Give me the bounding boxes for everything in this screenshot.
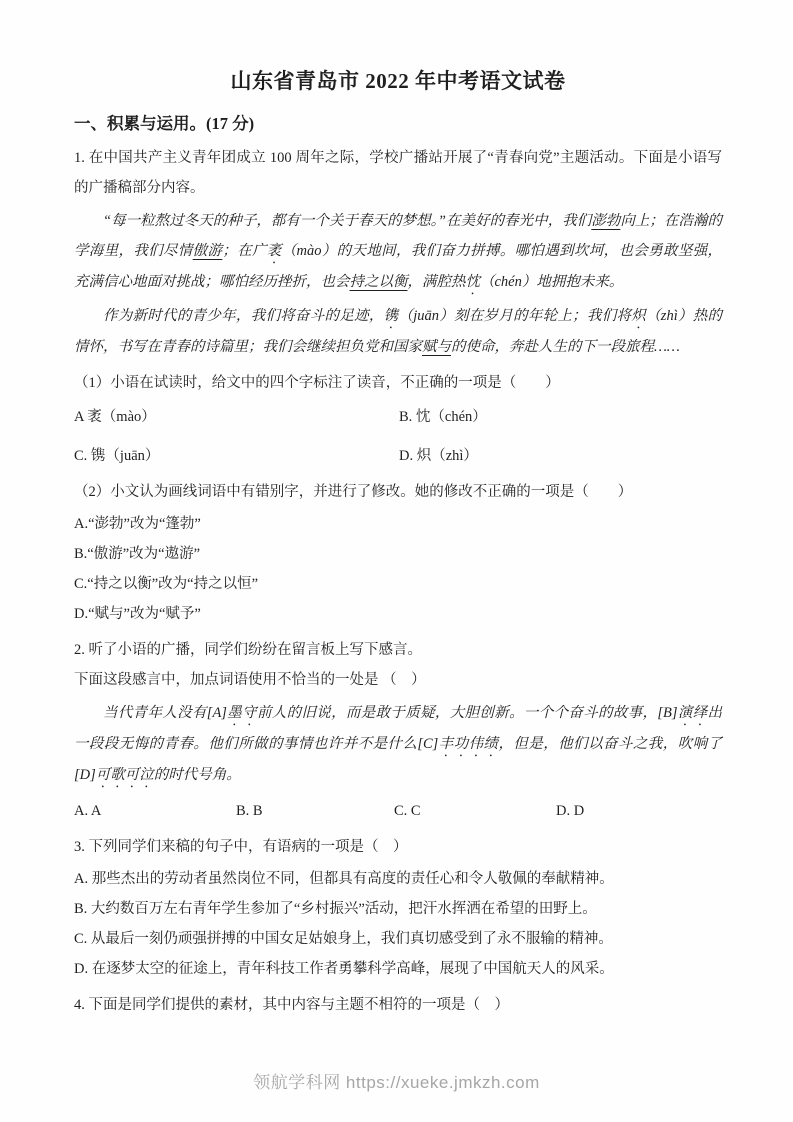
q1-sub2-options: A.“澎勃”改为“篷勃” B.“傲游”改为“遨游” C.“持之以衡”改为“持之以… <box>74 509 722 629</box>
q1-sub1-stem: （1）小语在试读时，给文中的四个字标注了读音，不正确的一项是（ ） <box>74 368 722 398</box>
text-run: （chén）地拥抱未来。 <box>480 274 623 290</box>
q1-intro: 1. 在中国共产主义青年团成立 100 周年之际，学校广播站开展了“青春向党”主… <box>74 143 722 203</box>
option-item: D. 炽（zhì） <box>399 441 722 471</box>
dotted-term: 演绎 <box>678 705 708 721</box>
option-item: C. C <box>394 796 556 826</box>
text-run: ；在广 <box>222 243 267 259</box>
q1-sub2-stem: （2）小文认为画线词语中有错别字，并进行了修改。她的修改不正确的一项是（ ） <box>74 477 722 507</box>
text-run: “每一粒熬过冬天的种子，都有一个关于春天的梦想。”在美好的春光中，我们 <box>103 213 591 229</box>
dotted-term: 袤 <box>267 243 282 259</box>
option-item: D. 在逐梦太空的征途上，青年科技工作者勇攀科学高峰，展现了中国航天人的风采。 <box>74 954 722 984</box>
option-item: B. B <box>236 796 394 826</box>
q3-stem: 3. 下列同学们来稿的句子中，有语病的一项是（ ） <box>74 832 722 862</box>
text-run: 前人的旧说，而是敢于质疑，大胆创新。一个个奋斗的故事，[B] <box>257 705 678 721</box>
option-item: A.“澎勃”改为“篷勃” <box>74 509 722 539</box>
dotted-term: 墨守 <box>227 705 257 721</box>
q2-stem: 下面这段感言中，加点词语使用不恰当的一处是 （ ） <box>74 665 722 695</box>
q4-stem: 4. 下面是同学们提供的素材，其中内容与主题不相符的一项是（ ） <box>74 990 722 1020</box>
underlined-term: 傲游 <box>193 243 223 259</box>
option-item: C.“持之以衡”改为“持之以恒” <box>74 569 722 599</box>
page-content: 山东省青岛市 2022 年中考语文试卷 一、积累与运用。(17 分) 1. 在中… <box>74 66 722 1020</box>
q1-sub1-options: A 袤（mào） B. 忱（chén） C. 镌（juān） D. 炽（zhì） <box>74 402 722 471</box>
exam-paper-page: 山东省青岛市 2022 年中考语文试卷 一、积累与运用。(17 分) 1. 在中… <box>0 0 793 1122</box>
dotted-term: 可歌可泣 <box>96 767 154 783</box>
underlined-term: 赋与 <box>422 339 451 355</box>
text-run: （juān）刻在岁月的年轮上；我们将 <box>398 308 631 324</box>
dotted-term: 忱 <box>466 274 481 290</box>
watermark: 领航学科网 https://xueke.jmkzh.com <box>0 1068 793 1093</box>
option-item: A 袤（mào） <box>74 402 399 432</box>
option-item: A. 那些杰出的劳动者虽然岗位不同，但都具有高度的责任心和令人敬佩的奉献精神。 <box>74 864 722 894</box>
q1-passage-paragraph-2: 作为新时代的青少年，我们将奋斗的足迹，镌（juān）刻在岁月的年轮上；我们将炽（… <box>74 301 722 362</box>
text-run: 的时代号角。 <box>154 767 241 783</box>
q2-intro: 2. 听了小语的广播，同学们纷纷在留言板上写下感言。 <box>74 635 722 665</box>
exam-title: 山东省青岛市 2022 年中考语文试卷 <box>74 66 722 96</box>
q2-options: A. A B. B C. C D. D <box>74 796 722 826</box>
option-item: B.“傲游”改为“遨游” <box>74 539 722 569</box>
q2-comment-paragraph: 当代青年人没有[A]墨守前人的旧说，而是敢于质疑，大胆创新。一个个奋斗的故事，[… <box>74 698 722 791</box>
option-item: D.“赋与”改为“赋予” <box>74 599 722 629</box>
q1-passage-paragraph-1: “每一粒熬过冬天的种子，都有一个关于春天的梦想。”在美好的春光中，我们澎勃向上；… <box>74 206 722 298</box>
option-item: C. 从最后一刻仍顽强拼搏的中国女足姑娘身上，我们真切感受到了永不服输的精神。 <box>74 924 722 954</box>
text-run: 的使命，奔赴人生的下一段旅程…… <box>451 339 680 355</box>
underlined-term: 澎勃 <box>591 213 620 229</box>
dotted-term: 丰功伟绩 <box>438 736 498 752</box>
underlined-term: 持之以衡 <box>350 274 408 290</box>
dotted-term: 炽 <box>631 308 646 324</box>
text-run: 作为新时代的青少年，我们将奋斗的足迹， <box>103 308 384 324</box>
dotted-term: 镌 <box>384 308 399 324</box>
option-item: C. 镌（juān） <box>74 441 399 471</box>
option-item: D. D <box>556 796 722 826</box>
section-heading: 一、积累与运用。(17 分) <box>74 111 722 137</box>
text-run: 当代青年人没有[A] <box>103 705 227 721</box>
text-run: ，满腔热 <box>408 274 466 290</box>
option-item: A. A <box>74 796 236 826</box>
option-item: B. 大约数百万左右青年学生参加了“乡村振兴”活动，把汗水挥洒在希望的田野上。 <box>74 894 722 924</box>
q3-options: A. 那些杰出的劳动者虽然岗位不同，但都具有高度的责任心和令人敬佩的奉献精神。 … <box>74 864 722 984</box>
option-item: B. 忱（chén） <box>399 402 722 432</box>
